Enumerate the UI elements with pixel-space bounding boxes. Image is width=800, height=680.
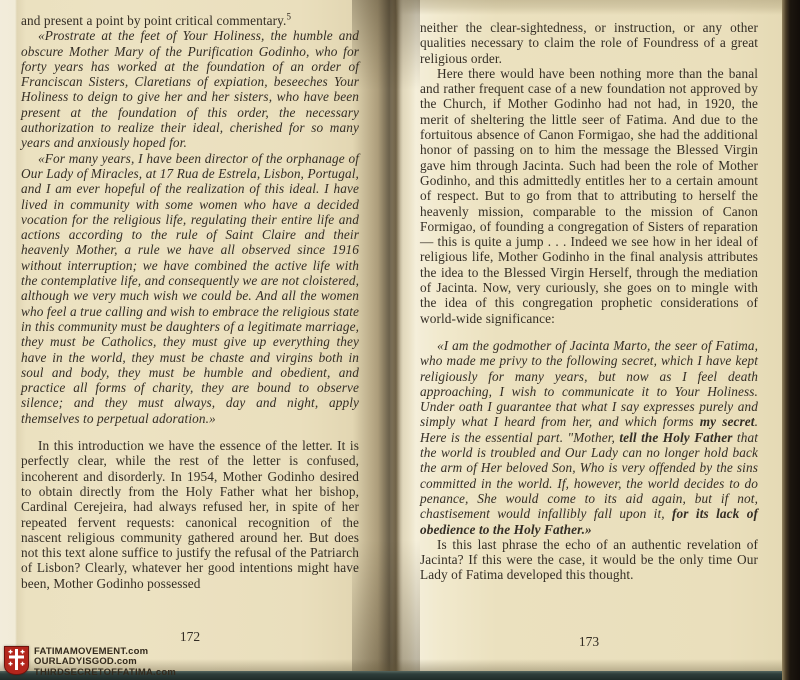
page-number: 172	[21, 629, 359, 645]
text-run: Is this last phrase the echo of an authe…	[420, 537, 758, 583]
text-run: In this introduction we have the essence…	[21, 438, 359, 591]
text-run: neither the clear-sightedness, or instru…	[420, 20, 758, 66]
text-run: Here there would have been nothing more …	[420, 66, 758, 326]
book-spread: and present a point by point critical co…	[0, 0, 800, 680]
page-body: and present a point by point critical co…	[21, 13, 359, 591]
text-run: and present a point by point critical co…	[21, 13, 286, 28]
watermark-lines: FATIMAMOVEMENT.comOURLADYISGOD.comTHIRDS…	[34, 647, 176, 678]
page-right: neither the clear-sightedness, or instru…	[396, 0, 782, 671]
watermark: FATIMAMOVEMENT.comOURLADYISGOD.comTHIRDS…	[4, 646, 176, 678]
page-left: and present a point by point critical co…	[0, 0, 396, 671]
paragraph: Is this last phrase the echo of an authe…	[420, 537, 758, 583]
text-run: tell the Holy Father	[619, 430, 732, 445]
paragraph: «For many years, I have been director of…	[21, 151, 359, 426]
paragraph: «Prostrate at the feet of Your Holiness,…	[21, 28, 359, 150]
page-body: neither the clear-sightedness, or instru…	[420, 20, 758, 583]
footnote-marker: 5	[286, 12, 291, 22]
paragraph: neither the clear-sightedness, or instru…	[420, 20, 758, 66]
page-number: 173	[420, 634, 758, 650]
paragraph: and present a point by point critical co…	[21, 13, 359, 28]
text-run: my secret	[700, 414, 755, 429]
paragraph: In this introduction we have the essence…	[21, 438, 359, 591]
paragraph: «I am the godmother of Jacinta Marto, th…	[420, 338, 758, 537]
watermark-line: THIRDSECRETOFFATIMA.com	[34, 668, 176, 678]
text-run: «For many years, I have been director of…	[21, 151, 359, 426]
paragraph: Here there would have been nothing more …	[420, 66, 758, 326]
cross-shield-icon	[4, 646, 29, 675]
book-edge-right	[782, 0, 800, 680]
text-run: «Prostrate at the feet of Your Holiness,…	[21, 28, 359, 150]
